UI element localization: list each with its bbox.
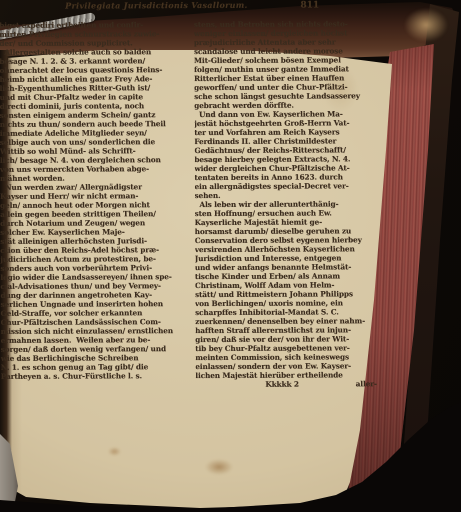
text-line: sche schon längst gesuchte Landsasserey	[194, 91, 380, 101]
signature-mark: Kkkkk 2	[265, 380, 299, 389]
text-line: cial-Advisationes thun/ und bey Vermey-	[0, 281, 186, 291]
text-line: sorgen/ daß dorten wenig verfangen/ und	[1, 344, 187, 354]
stain	[108, 447, 121, 456]
right-column-lines: stens, und Betrohen sich nichts desto-we…	[194, 19, 381, 380]
signature-row: Kkkkk 2 aller-	[195, 379, 381, 389]
book-photo: Privilegiata Jurisdictionis Vasallorum. …	[0, 0, 461, 512]
text-line: nichts zu thun/ sondern auch beede Theil	[0, 119, 185, 129]
text-line: ohnerachtet der locus quæstionis Heins-	[0, 65, 185, 75]
text-line: zuerkennen/ denenselben bey einer nahm-	[195, 316, 381, 326]
text-line: stätt/ und Rittmeistern Johann Philipps	[195, 289, 381, 299]
page-number: 811	[300, 0, 319, 10]
running-head: Privilegiata Jurisdictionis Vasallorum.	[65, 0, 247, 11]
text-block: Privilegiata Jurisdictionis Vasallorum. …	[0, 0, 381, 390]
text-column-left: bigst expediri ertheilten und confir-mir…	[0, 20, 186, 390]
text-line: versirenden Allerhöchsten Kayserlichen	[195, 244, 381, 254]
text-columns: bigst expediri ertheilten und confir-mir…	[0, 19, 381, 390]
text-line: mirten Privilegien schnurstracks zuwie-	[0, 29, 185, 39]
catchword: aller-	[356, 379, 377, 388]
worn-cover-corner	[404, 8, 448, 42]
text-line: serlichen Ungnade und inserirten hohen	[0, 299, 186, 309]
text-line: Partheyen a. s. Chur-Fürstliche l. s.	[1, 371, 187, 381]
text-column-right: stens, und Betrohen sich nichts desto-we…	[194, 19, 381, 389]
text-line: mission sich nicht einzulassen/ ernstlic…	[1, 326, 187, 336]
text-line: ction über den Reichs-Adel höchst præ-	[0, 245, 186, 255]
running-head-row: Privilegiata Jurisdictionis Vasallorum. …	[0, 0, 379, 14]
text-line: lich/ besage N. 4. von dergleichen schon	[0, 155, 185, 165]
stain	[205, 459, 233, 475]
